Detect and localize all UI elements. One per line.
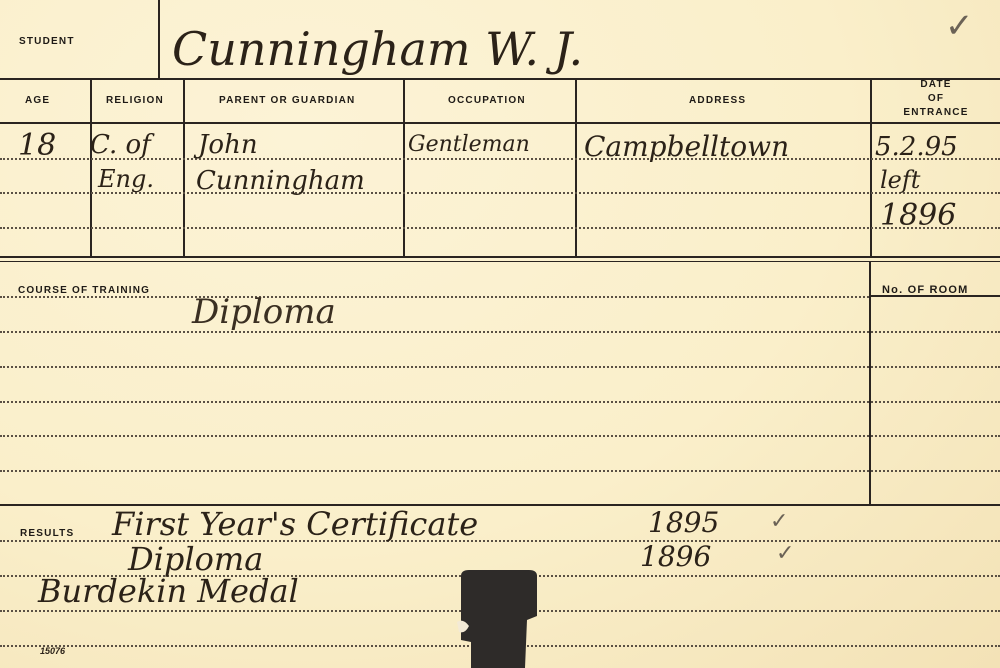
header-top-rule xyxy=(0,78,1000,80)
results-label: RESULTS xyxy=(20,528,74,539)
result-1-text: First Year's Certificate xyxy=(112,505,478,543)
age-value: 18 xyxy=(18,128,56,163)
course-of-training-label: COURSE OF TRAINING xyxy=(18,285,150,296)
course-of-training-value: Diploma xyxy=(192,292,336,332)
date-value-line2: left xyxy=(880,166,920,194)
religion-label: RELIGION xyxy=(106,95,164,106)
course-dotted-line-4 xyxy=(0,401,1000,403)
col-divider-4 xyxy=(575,78,577,258)
student-record-card: STUDENT AGE RELIGION PARENT OR GUARDIAN … xyxy=(0,0,1000,668)
date-value-line3: 1896 xyxy=(880,198,956,233)
course-dotted-line-1 xyxy=(0,296,869,298)
no-of-room-label: No. OF ROOM xyxy=(882,284,969,296)
course-dotted-line-3 xyxy=(0,366,1000,368)
student-label: STUDENT xyxy=(19,36,75,47)
result-2-year: 1896 xyxy=(640,540,711,573)
student-label-divider xyxy=(158,0,160,80)
religion-value-line2: Eng. xyxy=(98,165,154,193)
parent-value-line1: John xyxy=(198,130,258,160)
age-label: AGE xyxy=(25,95,50,106)
date-of-entrance-label: DATE OF ENTRANCE xyxy=(872,78,1000,120)
result-3-text: Burdekin Medal xyxy=(38,572,299,610)
col-divider-2 xyxy=(183,78,185,258)
address-value: Campbelltown xyxy=(584,130,789,163)
parent-value-line2: Cunningham xyxy=(196,166,365,196)
course-dotted-line-6 xyxy=(0,470,1000,472)
date-value-line1: 5.2.95 xyxy=(875,132,958,162)
result-1-check-icon: ✓ xyxy=(770,508,788,534)
occupation-value: Gentleman xyxy=(408,132,530,157)
col-divider-1 xyxy=(90,78,92,258)
header-bottom-rule xyxy=(0,122,1000,124)
form-number: 15076 xyxy=(40,646,65,656)
table-bottom-rule-double xyxy=(0,261,1000,262)
table-dotted-line-3 xyxy=(0,227,1000,229)
table-bottom-rule xyxy=(0,256,1000,258)
top-check-mark: ✓ xyxy=(945,6,974,46)
col-divider-3 xyxy=(403,78,405,258)
course-dotted-line-5 xyxy=(0,435,1000,437)
result-1-year: 1895 xyxy=(648,506,719,539)
parent-guardian-label: PARENT OR GUARDIAN xyxy=(219,95,355,106)
address-label: ADDRESS xyxy=(689,95,746,106)
black-tab-stamp xyxy=(457,570,541,668)
occupation-label: OCCUPATION xyxy=(448,95,526,106)
student-name: Cunningham W. J. xyxy=(172,22,583,76)
religion-value-line1: C. of xyxy=(90,130,151,160)
course-dotted-line-2 xyxy=(0,331,1000,333)
result-2-check-icon: ✓ xyxy=(776,540,794,566)
